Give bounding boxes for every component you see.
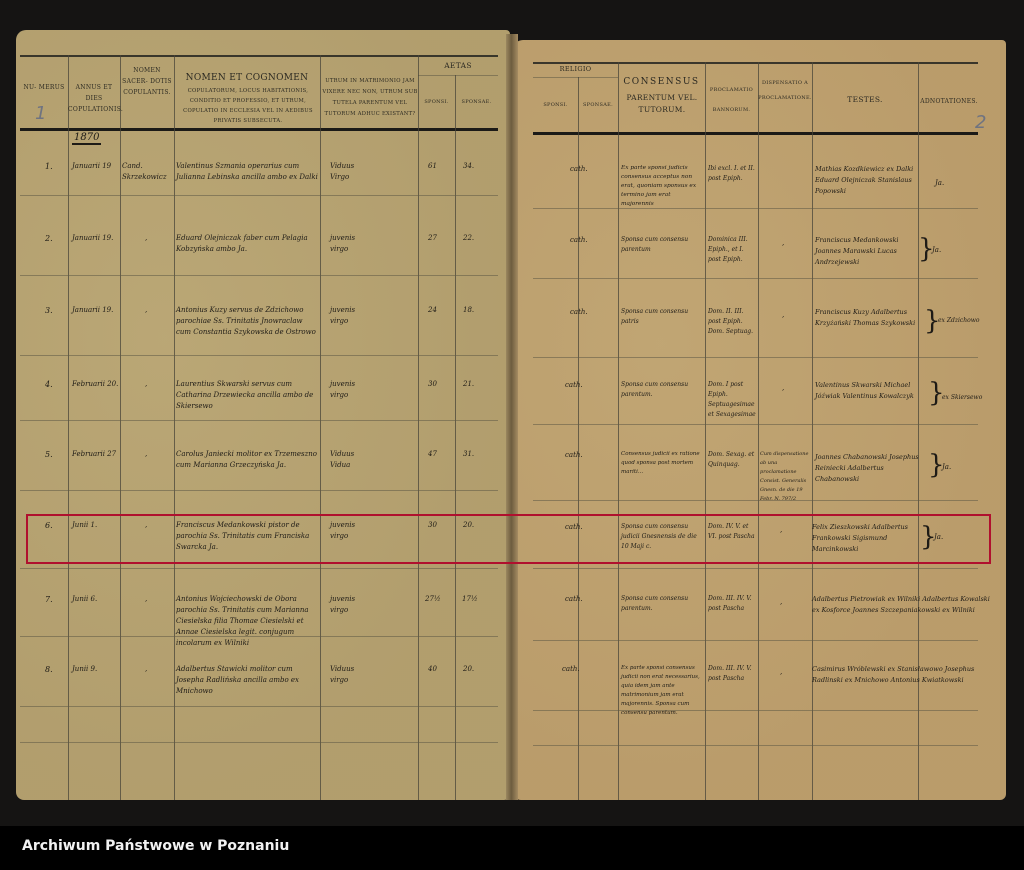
entry-consensus: Sponsa cum consensu parentum. — [621, 380, 705, 400]
entry-religio: cath. — [570, 164, 588, 175]
entry-age-sponsi: 61 — [428, 161, 437, 172]
entry-status: Viduus Virgo — [330, 161, 410, 183]
header-annus: ANNUS ET DIES COPULATIONIS. — [68, 82, 120, 115]
header-dispensatio: DISPENSATIO A PROCLAMATIONE. — [758, 76, 812, 106]
entry-proclamatio: Dom. Sexag. et Quinquag. — [708, 450, 758, 470]
entry-testes: Mathias Kozdkiewicz ex Dalki Eduard Olej… — [815, 164, 935, 197]
header-numerus: NU- MERUS — [20, 82, 68, 93]
entry-adnotationes: Ja. — [942, 462, 951, 473]
header-nomen-title: NOMEN ET COGNOMEN — [174, 72, 320, 85]
col-divider — [418, 55, 419, 800]
entry-consensus: Consensus judicii ex ratione quod sponsa… — [621, 450, 705, 477]
page-number-right: 2 — [975, 112, 986, 133]
entry-religio: cath. — [565, 450, 583, 461]
entry-religio: cath. — [565, 594, 583, 605]
row-divider — [20, 742, 498, 743]
entry-testes: Franciscus Medankowski Joannes Marawski … — [815, 235, 915, 268]
entry-date: Junii 9. — [72, 664, 120, 675]
entry-age-sponsae: 18. — [463, 305, 474, 316]
entry-adnotationes: ex Skiersewo — [942, 392, 982, 403]
entry-testes: Casimirus Wróblewski ex Stanisławowo Jos… — [812, 664, 992, 686]
row-divider — [533, 208, 978, 209]
entry-priest: , — [145, 379, 147, 390]
entry-priest: , — [145, 594, 147, 605]
entry-dispensatio: , — [782, 238, 784, 249]
entry-dispensatio: , — [780, 667, 782, 678]
highlighted-entry-box — [26, 514, 991, 564]
col-divider — [758, 62, 759, 800]
header-consensus-sub: PARENTUM VEL. TUTORUM. — [622, 92, 702, 116]
right-page — [513, 40, 1006, 800]
col-divider — [455, 75, 456, 800]
entry-number: 5. — [45, 449, 53, 460]
entry-religio: cath. — [565, 380, 583, 391]
entry-consensus: Sponsa cum consensu parentum — [621, 235, 705, 255]
header-aetas-sponsi: SPONSI. — [418, 97, 455, 108]
row-divider — [20, 275, 498, 276]
entry-names: Carolus Janiecki molitor ex Trzemeszno c… — [176, 449, 318, 471]
entry-status: Viduus Vidua — [330, 449, 410, 471]
entry-consensus: Sponsa cum consensu patris — [621, 307, 705, 327]
entry-age-sponsae: 20. — [463, 664, 474, 675]
row-divider — [533, 278, 978, 279]
entry-consensus: Sponsa cum consensu parentum. — [621, 594, 705, 614]
book-gutter — [506, 34, 518, 800]
entry-names: Adalbertus Stawicki molitor cum Josepha … — [176, 664, 318, 697]
entry-age-sponsi: 27 — [428, 233, 437, 244]
header-religio-sponsi: SPONSI. — [533, 100, 578, 111]
row-divider — [20, 706, 498, 707]
entry-proclamatio: Dominica III. Epiph., et I. post Epiph. — [708, 235, 758, 265]
row-divider — [20, 568, 498, 569]
archive-name: Archiwum Państwowe w Poznaniu — [22, 838, 289, 854]
entry-priest: , — [145, 305, 147, 316]
archive-footer: Archiwum Państwowe w Poznaniu — [0, 826, 1024, 870]
row-divider — [533, 500, 978, 501]
entry-date: Februarii 27 — [72, 449, 120, 460]
entry-dispensatio: Cum dispensatione ab una proclamatione C… — [760, 450, 812, 504]
row-divider — [533, 745, 978, 746]
col-divider — [618, 62, 619, 800]
row-divider — [20, 195, 498, 196]
entry-testes: Franciscus Kuzy Adalbertus Krzyżański Th… — [815, 307, 920, 329]
entry-adnotationes: Ja. — [932, 245, 941, 256]
page-number-left: 1 — [35, 103, 46, 124]
entry-number: 2. — [45, 233, 53, 244]
col-divider — [68, 55, 69, 800]
header-top-rule — [20, 55, 498, 57]
entry-names: Antonius Kuzy servus de Zdzichowo paroch… — [176, 305, 318, 338]
header-sacerdos: NOMEN SACER- DOTIS COPULANTIS. — [120, 65, 174, 98]
entry-date: Junii 6. — [72, 594, 120, 605]
entry-age-sponsi: 24 — [428, 305, 437, 316]
entry-number: 7. — [45, 594, 53, 605]
entry-age-sponsi: 40 — [428, 664, 437, 675]
entry-names: Antonius Wojciechowski de Obora parochia… — [176, 594, 318, 649]
entry-consensus: Ex parte sponsi consensus judicii non er… — [621, 664, 705, 718]
row-divider — [533, 568, 978, 569]
row-divider — [533, 424, 978, 425]
entry-priest: , — [145, 449, 147, 460]
entry-adnotationes: Ja. — [935, 178, 944, 189]
col-divider — [812, 62, 813, 800]
row-divider — [20, 420, 498, 421]
header-bottom-rule — [20, 128, 498, 131]
col-divider — [578, 77, 579, 800]
row-divider — [20, 490, 498, 491]
entry-testes: Joannes Chabanowski Josephus Reiniecki A… — [815, 452, 923, 485]
entry-age-sponsi: 30 — [428, 379, 437, 390]
header-aetas: AETAS — [418, 60, 498, 72]
row-divider — [533, 640, 978, 641]
entry-religio: cath. — [562, 664, 580, 675]
row-divider — [533, 357, 978, 358]
entry-proclamatio: Ibi excl. I. et II. post Epiph. — [708, 164, 758, 184]
entry-age-sponsi: 27½ — [425, 594, 441, 605]
entry-consensus: Ex parte sponsi judicis consensus accept… — [621, 164, 705, 209]
header-bottom-rule — [533, 132, 978, 135]
header-adnotationes: ADNOTATIONES. — [918, 96, 980, 107]
entry-status: juvenis virgo — [330, 594, 410, 616]
entry-priest: Cand. Skrzekowicz — [122, 161, 174, 183]
header-utrum: UTRUM IN MATRIMONIO JAM VIXERE NEC NON, … — [322, 76, 418, 120]
aetas-divider — [418, 75, 498, 76]
entry-proclamatio: Dom. I post Epiph. Septuagesimae et Sexa… — [708, 380, 758, 420]
entry-dispensatio: , — [782, 310, 784, 321]
entry-age-sponsae: 31. — [463, 449, 474, 460]
header-nomen-sub: COPULATORUM, LOCUS HABITATIONIS, CONDITI… — [178, 86, 318, 126]
entry-adnotationes: ex Zdzichowo — [938, 315, 980, 326]
entry-status: Viduus virgo — [330, 664, 410, 686]
entry-age-sponsae: 22. — [463, 233, 474, 244]
entry-status: juvenis virgo — [330, 379, 410, 401]
entry-date: Januarii 19. — [72, 233, 120, 244]
entry-number: 3. — [45, 305, 53, 316]
entry-dispensatio: , — [782, 383, 784, 394]
header-proclamatio: PROCLAMATIO BANNORUM. — [705, 80, 758, 120]
entry-proclamatio: Dom. III. IV. V. post Pascha — [708, 664, 758, 684]
entry-testes: Adalbertus Pietrowiak ex Wilniki Adalber… — [812, 594, 992, 616]
entry-testes: Valentinus Skwarski Michael Jóźwiak Vale… — [815, 380, 923, 402]
entry-status: juvenis virgo — [330, 233, 410, 255]
col-divider — [174, 55, 175, 800]
religio-divider — [533, 77, 618, 78]
entry-date: Februarii 20. — [72, 379, 120, 390]
col-divider — [120, 55, 121, 800]
entry-proclamatio: Dom. II. III. post Epiph. Dom. Septuag. — [708, 307, 758, 337]
entry-names: Eduard Olejniczak faber cum Pelagia Kobz… — [176, 233, 318, 255]
entry-age-sponsae: 17½ — [462, 594, 478, 605]
entry-dispensatio: , — [780, 597, 782, 608]
col-divider — [705, 62, 706, 800]
entry-names: Laurentius Skwarski servus cum Catharina… — [176, 379, 318, 412]
header-testes: TESTES. — [812, 94, 918, 106]
entry-proclamatio: Dom. III. IV. V. post Pascha — [708, 594, 758, 614]
entry-number: 1. — [45, 161, 53, 172]
col-divider — [320, 55, 321, 800]
entry-names: Valentinus Szmania operarius cum Juliann… — [176, 161, 318, 183]
row-divider — [20, 355, 498, 356]
entry-priest: , — [145, 664, 147, 675]
entry-age-sponsae: 34. — [463, 161, 474, 172]
row-divider — [533, 710, 978, 711]
entry-date: Januarii 19. — [72, 305, 120, 316]
entry-date: Januarii 19 — [72, 161, 120, 172]
header-religio: RELIGIO — [533, 64, 618, 75]
header-religio-sponsae: SPONSAE. — [578, 100, 618, 111]
entry-religio: cath. — [570, 307, 588, 318]
year-label: 1870 — [72, 132, 101, 145]
entry-number: 8. — [45, 664, 53, 675]
entry-religio: cath. — [570, 235, 588, 246]
header-consensus: CONSENSUS — [618, 76, 705, 89]
entry-number: 4. — [45, 379, 53, 390]
entry-age-sponsae: 21. — [463, 379, 474, 390]
header-aetas-sponsae: SPONSAE. — [455, 97, 498, 108]
entry-age-sponsi: 47 — [428, 449, 437, 460]
entry-status: juvenis virgo — [330, 305, 410, 327]
entry-priest: , — [145, 233, 147, 244]
